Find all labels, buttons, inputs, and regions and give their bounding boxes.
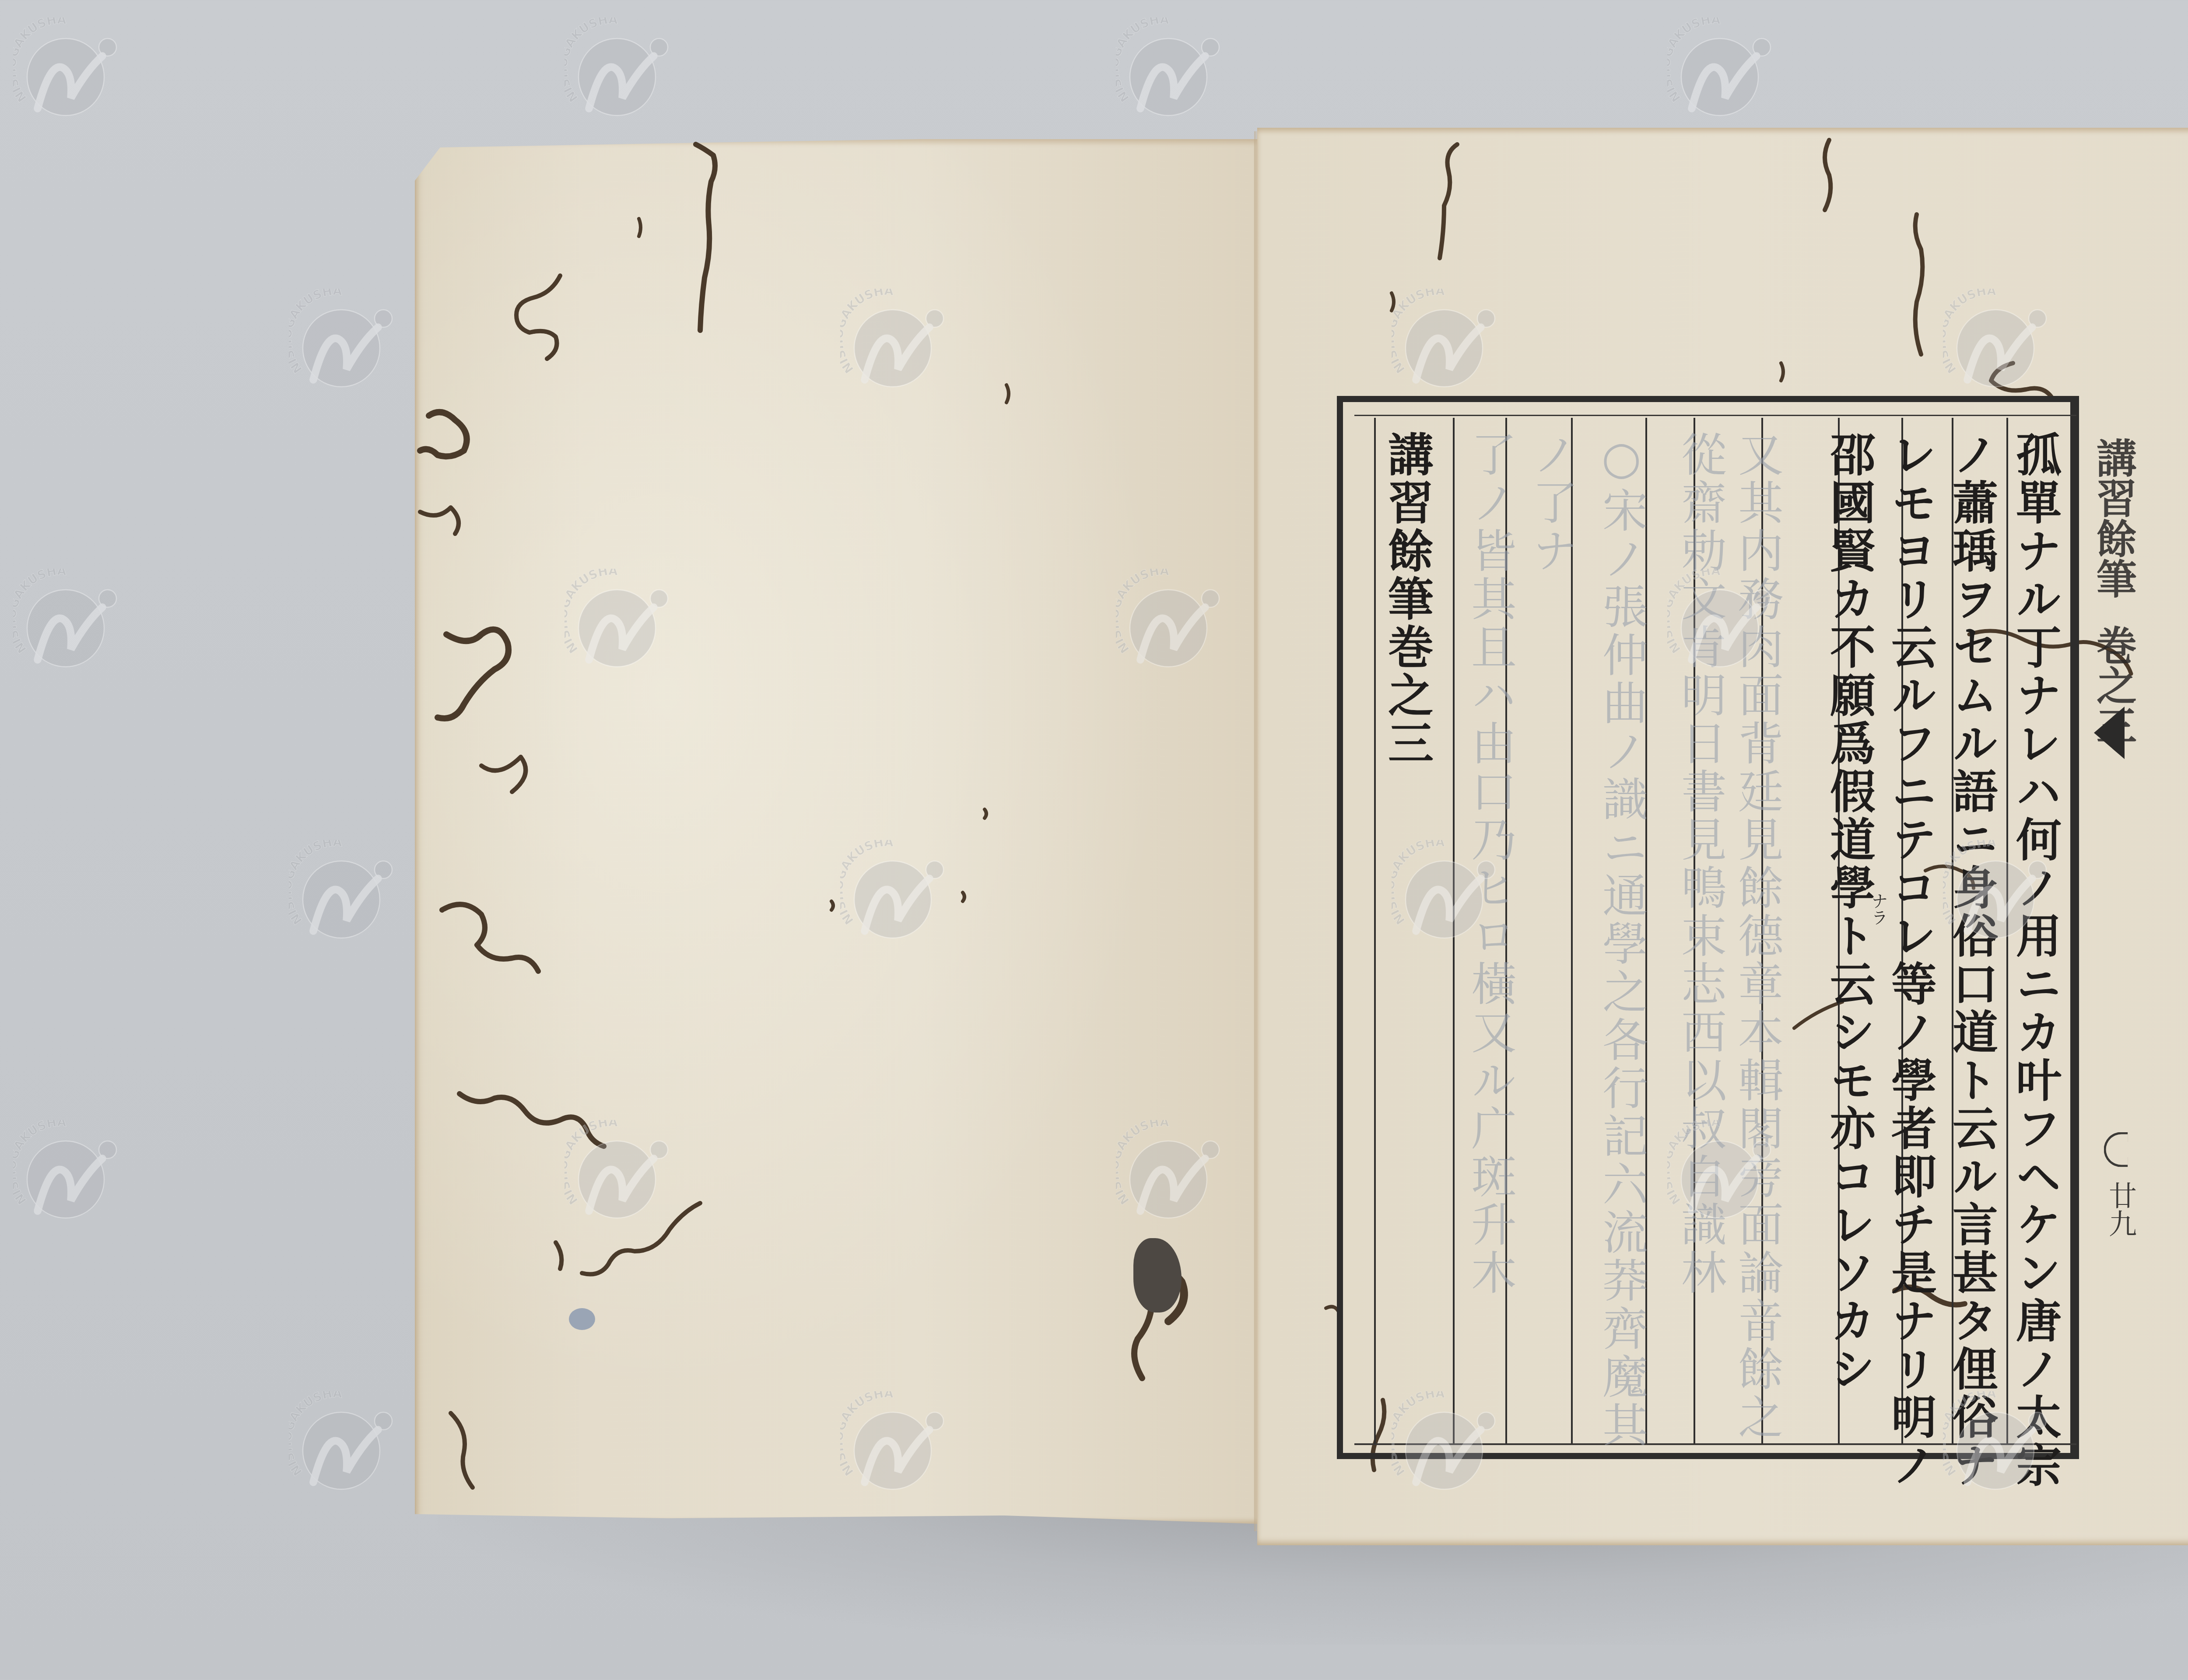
- nishogakusha-watermark-icon: NISHOGAKUSHA: [565, 1120, 670, 1225]
- nishogakusha-watermark-icon: NISHOGAKUSHA: [1943, 1391, 2048, 1496]
- nishogakusha-watermark-icon: NISHOGAKUSHA: [1116, 1120, 1221, 1225]
- nishogakusha-watermark-icon: NISHOGAKUSHA: [13, 569, 118, 674]
- nishogakusha-watermark-icon: NISHOGAKUSHA: [13, 1120, 118, 1225]
- nishogakusha-watermark-icon: NISHOGAKUSHA: [840, 289, 945, 394]
- text-column-4: 邵國賢カ不願爲假道學ト云シモ亦コレソカシ: [1820, 431, 1877, 1437]
- nishogakusha-watermark-icon: NISHOGAKUSHA: [1667, 569, 1772, 674]
- nishogakusha-watermark-icon: NISHOGAKUSHA: [1667, 1120, 1772, 1225]
- torn-hole: [569, 1308, 595, 1330]
- nishogakusha-watermark-icon: NISHOGAKUSHA: [1392, 1391, 1497, 1496]
- nishogakusha-watermark-icon: NISHOGAKUSHA: [289, 289, 394, 394]
- hanshin-title: 講習餘筆巻之三: [2090, 437, 2138, 745]
- nishogakusha-watermark-icon: NISHOGAKUSHA: [1116, 569, 1221, 674]
- nishogakusha-watermark-icon: NISHOGAKUSHA: [565, 569, 670, 674]
- show-through-column-8: ノ了ナ: [1523, 431, 1580, 1437]
- column-rule: [1374, 418, 1376, 1444]
- worm-damage-icon: [394, 131, 1269, 1553]
- nishogakusha-watermark-icon: NISHOGAKUSHA: [1116, 17, 1221, 122]
- show-through-column-7: ○宋ノ張仲曲ノ識ニ通學之各行記六流莽齊魔其: [1593, 431, 1650, 1437]
- fishtail-mark-icon: [2094, 707, 2125, 759]
- nishogakusha-watermark-icon: NISHOGAKUSHA: [565, 17, 670, 122]
- nishogakusha-watermark-icon: NISHOGAKUSHA: [1392, 289, 1497, 394]
- nishogakusha-watermark-icon: NISHOGAKUSHA: [840, 1391, 945, 1496]
- nishogakusha-watermark-icon: NISHOGAKUSHA: [1943, 289, 2048, 394]
- nishogakusha-watermark-icon: NISHOGAKUSHA: [840, 840, 945, 945]
- nishogakusha-watermark-icon: NISHOGAKUSHA: [1392, 840, 1497, 945]
- nishogakusha-watermark-icon: NISHOGAKUSHA: [1667, 17, 1772, 122]
- text-column-3: レモヨリ云ルフニテコレ等ノ學者即チ是ナリ明ノ: [1882, 431, 1939, 1437]
- hanshin-title-text: 講習餘筆: [2090, 437, 2137, 598]
- nishogakusha-watermark-icon: NISHOGAKUSHA: [289, 840, 394, 945]
- hanshin-rule: [2076, 396, 2079, 1459]
- nishogakusha-watermark-icon: NISHOGAKUSHA: [1943, 840, 2048, 945]
- ruby-annotation: ナラ: [1866, 892, 1890, 926]
- page-number: 廿九: [2096, 1181, 2144, 1237]
- nishogakusha-watermark-icon: NISHOGAKUSHA: [13, 17, 118, 122]
- nishogakusha-watermark-icon: NISHOGAKUSHA: [289, 1391, 394, 1496]
